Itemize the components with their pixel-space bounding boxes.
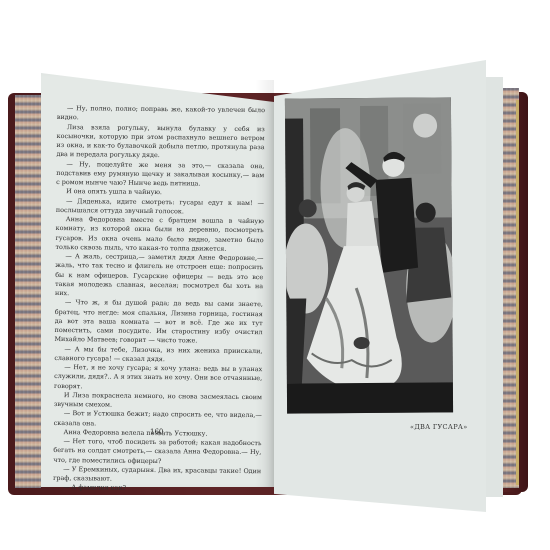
paragraph: — Ну, полно, полно; поправь же, какой-то… <box>57 104 265 125</box>
paragraph: Лиза взяла рогульку, вынула булавку у се… <box>56 122 264 161</box>
paragraph: — Ну, поцелуйте же меня за это,— сказала… <box>56 159 264 189</box>
paragraph: — Вот и Устюшка бежит; надо спросить ее,… <box>54 409 262 430</box>
paragraph: — Что ж, я бы душой рада; да ведь вы сам… <box>54 298 262 346</box>
paragraph: — Дяденька, идите смотреть: гусары едут … <box>56 196 264 217</box>
illustration-art <box>285 97 453 413</box>
left-page-text: — Ну, полно, полно; поправь же, какой-то… <box>53 104 265 495</box>
page-number: 160 <box>150 428 163 436</box>
paragraph: — А жаль, сестрица,— заметил дядя Анне Ф… <box>55 252 263 300</box>
paragraph: — Нет, я не хочу гусара; я хочу улана: в… <box>54 363 262 393</box>
gilt-trim <box>516 100 519 485</box>
illustration-caption: «ДВА ГУСАРА» <box>410 423 468 431</box>
marbled-page-edge-left <box>15 95 41 488</box>
ballroom-illustration <box>285 97 453 413</box>
paragraph: И Лиза покраснела немного, но снова засм… <box>54 391 262 412</box>
paragraph: Анна Федоровна вместе с братцем вошла в … <box>55 215 263 254</box>
paragraph: — А мы бы тебе, Лизочка, из них жениха п… <box>54 344 262 365</box>
paragraph: — Нет того, чтоб посидеть за работой; ка… <box>53 437 261 467</box>
paragraph: — У Еремкиных, сударыня. Два их, красавц… <box>53 465 261 486</box>
